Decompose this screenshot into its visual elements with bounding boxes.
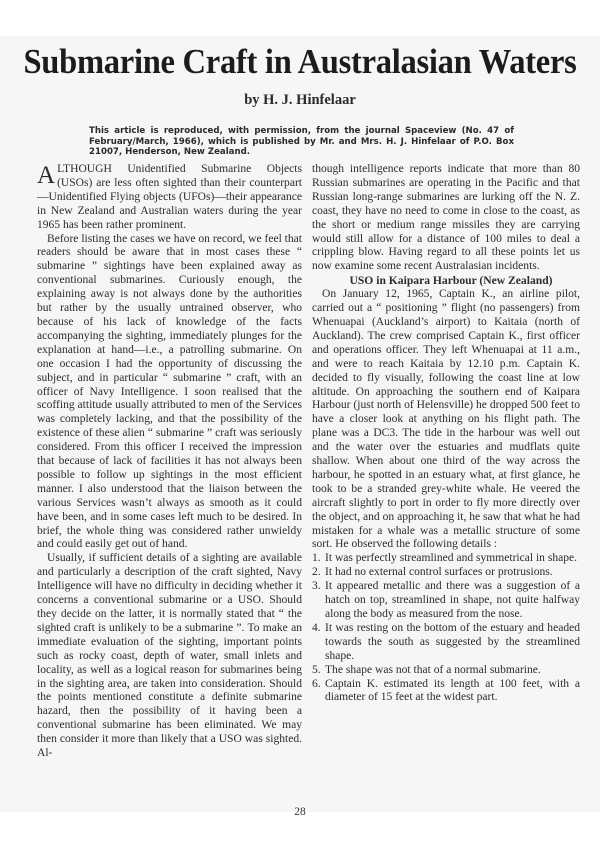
paragraph-kaipara-sighting: On January 12, 1965, Captain K., an airl… [312, 288, 580, 552]
paragraph-explaining-away: Before listing the cases we have on reco… [37, 233, 302, 553]
reproduction-note: This article is reproduced, with permiss… [89, 126, 514, 158]
left-column: ALTHOUGH Unidentified Submarine Objects … [37, 163, 302, 761]
paragraph-opening: ALTHOUGH Unidentified Submarine Objects … [37, 163, 302, 233]
list-item: 6.Captain K. estimated its length at 100… [312, 678, 580, 706]
drop-cap: A [37, 165, 55, 187]
right-column: though intelligence reports indicate tha… [312, 163, 580, 705]
paragraph-continuation: though intelligence reports indicate tha… [312, 163, 580, 274]
document-page: Submarine Craft in Australasian Waters b… [0, 36, 600, 812]
list-item: 5.The shape was not that of a normal sub… [312, 664, 580, 678]
paragraph-navy-intelligence: Usually, if sufficient details of a sigh… [37, 552, 302, 761]
list-item: 4.It was resting on the bottom of the es… [312, 622, 580, 664]
list-item: 1.It was perfectly streamlined and symme… [312, 552, 580, 566]
page-number: 28 [0, 806, 600, 818]
article-title: Submarine Craft in Australasian Waters [21, 42, 579, 82]
article-byline: by H. J. Hinfelaar [0, 92, 600, 109]
observation-list: 1.It was perfectly streamlined and symme… [312, 552, 580, 705]
list-item: 3.It appeared metallic and there was a s… [312, 580, 580, 622]
list-item: 2.It had no external control surfaces or… [312, 566, 580, 580]
section-heading-kaipara: USO in Kaipara Harbour (New Zealand) [312, 274, 580, 288]
